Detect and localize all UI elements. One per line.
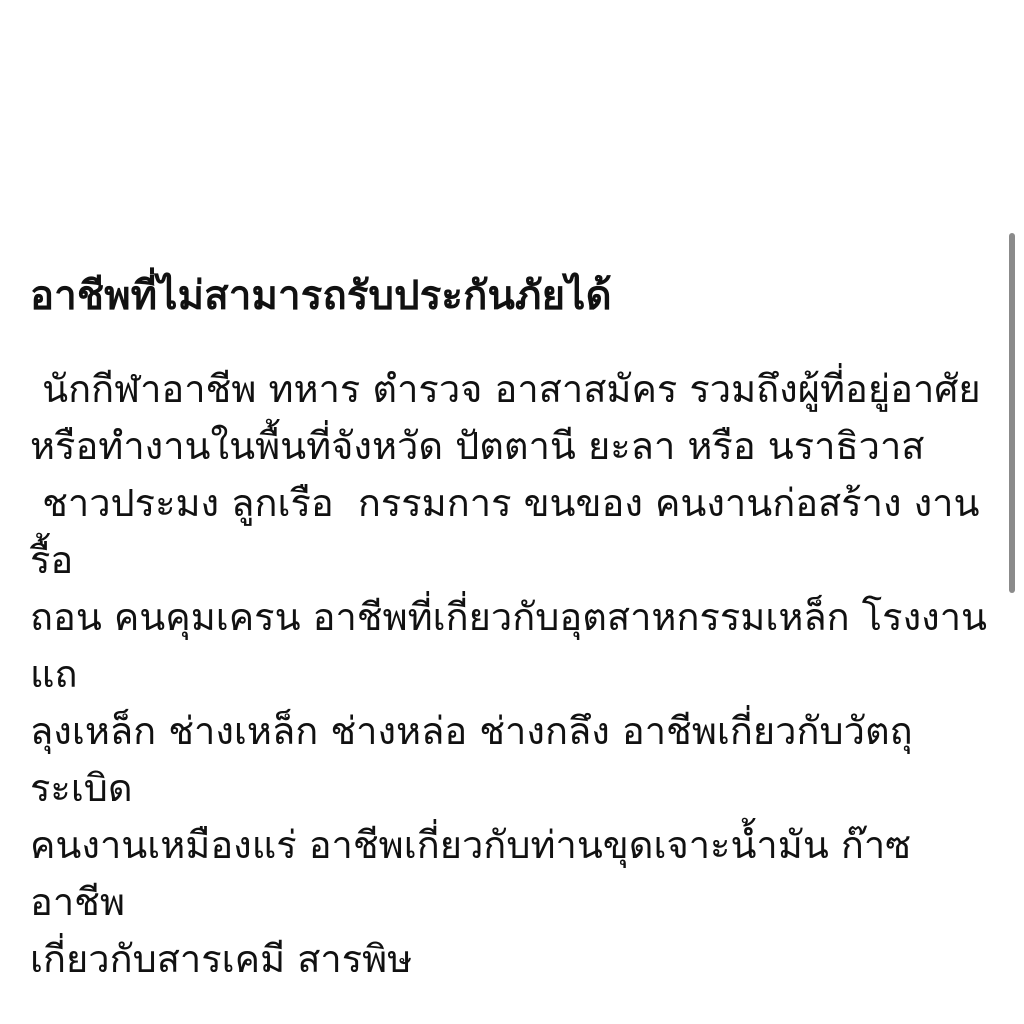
body-line: ถอน คนคุมเครน อาชีพที่เกี่ยวกับอุตสาหกรร… [30, 589, 990, 703]
body-line: เกี่ยวกับสารเคมี สารพิษ [30, 931, 990, 988]
scrollbar-thumb[interactable] [1009, 233, 1015, 593]
body-line: หรือทำงานในพื้นที่จังหวัด ปัตตานี ยะลา ห… [30, 418, 990, 475]
document-page: อาชีพที่ไม่สามารถรับประกันภัยได้ นักกีฬา… [0, 0, 1024, 1024]
document-content: อาชีพที่ไม่สามารถรับประกันภัยได้ นักกีฬา… [30, 268, 990, 988]
body-line: นักกีฬาอาชีพ ทหาร ตำรวจ อาสาสมัคร รวมถึง… [30, 361, 990, 418]
body-line: คนงานเหมืองแร่ อาชีพเกี่ยวกับท่านขุดเจาะ… [30, 817, 990, 931]
document-body: นักกีฬาอาชีพ ทหาร ตำรวจ อาสาสมัคร รวมถึง… [30, 361, 990, 988]
body-line: ลุงเหล็ก ช่างเหล็ก ช่างหล่อ ช่างกลึง อาช… [30, 703, 990, 817]
body-line: ชาวประมง ลูกเรือ กรรมการ ขนของ คนงานก่อส… [30, 475, 990, 589]
document-heading: อาชีพที่ไม่สามารถรับประกันภัยได้ [30, 268, 990, 325]
